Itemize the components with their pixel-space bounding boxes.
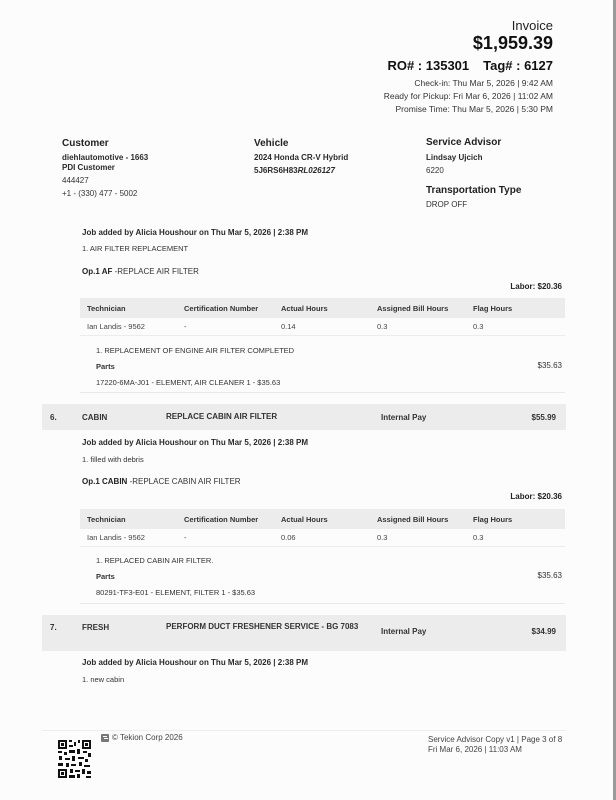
job-header-7: 7. FRESH PERFORM DUCT FRESHENER SERVICE … [42, 615, 566, 651]
vin-suffix: RL026127 [298, 166, 335, 175]
job-pay-type: Internal Pay [381, 413, 426, 422]
footer-divider [42, 730, 566, 731]
transportation-value: DROP OFF [426, 200, 467, 209]
parts-total: $35.63 [538, 571, 562, 580]
customer-name: diehlautomotive - 1663 [62, 153, 148, 162]
job-added-info: Job added by Alicia Houshour on Thu Mar … [82, 658, 308, 667]
job-description: REPLACE CABIN AIR FILTER [166, 411, 366, 423]
job-code: FRESH [82, 623, 109, 632]
job-code: CABIN [82, 413, 107, 422]
col-actual-hours: Actual Hours [281, 304, 377, 313]
labor-amount: Labor: $20.36 [510, 492, 562, 501]
divider [80, 603, 565, 604]
job-description: PERFORM DUCT FRESHENER SERVICE - BG 7083 [166, 621, 366, 633]
correction-note: 1. REPLACED CABIN AIR FILTER. [96, 556, 213, 565]
invoice-label: Invoice [512, 18, 553, 33]
col-certification-number: Certification Number [184, 304, 281, 313]
vehicle-model: 2024 Honda CR-V Hybrid [254, 153, 348, 162]
job-added-info: Job added by Alicia Houshour on Thu Mar … [82, 228, 308, 237]
col-technician: Technician [80, 304, 184, 313]
check-in-time: Check-in: Thu Mar 5, 2026 | 9:42 AM [414, 78, 553, 88]
parts-label: Parts [96, 572, 115, 581]
cell-bill-hours: 0.3 [377, 533, 473, 542]
job-number: 6. [50, 413, 57, 422]
cell-actual-hours: 0.14 [281, 322, 377, 331]
invoice-total: $1,959.39 [473, 33, 553, 54]
customer-id: 444427 [62, 176, 89, 185]
col-certification-number: Certification Number [184, 515, 281, 524]
technician-table: Technician Certification Number Actual H… [80, 509, 565, 547]
op-code: Op.1 AF [82, 267, 112, 276]
col-assigned-bill-hours: Assigned Bill Hours [377, 515, 473, 524]
vehicle-vin: 5J6RS6H83RL026127 [254, 166, 335, 175]
parts-label: Parts [96, 362, 115, 371]
ro-number: RO# : 135301 [387, 58, 469, 73]
part-line-item: 80291-TF3-E01 - ELEMENT, FILTER 1 - $35.… [96, 588, 255, 597]
technician-table: Technician Certification Number Actual H… [80, 298, 565, 336]
cell-bill-hours: 0.3 [377, 322, 473, 331]
col-assigned-bill-hours: Assigned Bill Hours [377, 304, 473, 313]
job-concern: 1. filled with debris [82, 455, 144, 464]
correction-note: 1. REPLACEMENT OF ENGINE AIR FILTER COMP… [96, 346, 294, 355]
job-amount: $34.99 [532, 627, 556, 636]
divider [80, 392, 565, 393]
transportation-title: Transportation Type [426, 185, 521, 196]
invoice-page: Invoice $1,959.39 RO# : 135301Tag# : 612… [0, 0, 616, 800]
tekion-logo-icon [101, 734, 109, 742]
printed-timestamp: Fri Mar 6, 2026 | 11:03 AM [428, 745, 522, 754]
copyright-line: © Tekion Corp 2026 [101, 733, 183, 742]
job-number: 7. [50, 623, 57, 632]
job-pay-type: Internal Pay [381, 627, 426, 636]
technician-table-header: Technician Certification Number Actual H… [80, 298, 565, 318]
technician-table-header: Technician Certification Number Actual H… [80, 509, 565, 529]
op-description: -REPLACE CABIN AIR FILTER [127, 477, 240, 486]
cell-actual-hours: 0.06 [281, 533, 377, 542]
qr-code-icon [57, 739, 92, 779]
operation-line: Op.1 AF -REPLACE AIR FILTER [82, 267, 199, 276]
service-advisor-name: Lindsay Ujcich [426, 153, 482, 162]
copy-page-info: Service Advisor Copy v1 | Page 3 of 8 [428, 735, 562, 744]
part-line-item: 17220-6MA-J01 - ELEMENT, AIR CLEANER 1 -… [96, 378, 280, 387]
op-code: Op.1 CABIN [82, 477, 127, 486]
cell-technician: Ian Landis - 9562 [80, 533, 184, 542]
col-technician: Technician [80, 515, 184, 524]
ro-tag-line: RO# : 135301Tag# : 6127 [387, 58, 553, 73]
col-flag-hours: Flag Hours [473, 304, 553, 313]
cell-certification: - [184, 322, 281, 331]
job-amount: $55.99 [532, 413, 556, 422]
job-added-info: Job added by Alicia Houshour on Thu Mar … [82, 438, 308, 447]
op-description: -REPLACE AIR FILTER [112, 267, 199, 276]
job-concern: 1. new cabin [82, 675, 124, 684]
tag-number: Tag# : 6127 [483, 58, 553, 73]
service-advisor-id: 6220 [426, 166, 444, 175]
job-concern: 1. AIR FILTER REPLACEMENT [82, 244, 188, 253]
customer-phone: +1 - (330) 477 - 5002 [62, 189, 137, 198]
labor-amount: Labor: $20.36 [510, 282, 562, 291]
service-advisor-title: Service Advisor [426, 137, 501, 148]
vehicle-title: Vehicle [254, 138, 288, 149]
copyright-text: © Tekion Corp 2026 [112, 733, 183, 742]
ready-for-pickup-time: Ready for Pickup: Fri Mar 6, 2026 | 11:0… [384, 91, 553, 101]
promise-time: Promise Time: Thu Mar 5, 2026 | 5:30 PM [396, 104, 553, 114]
vin-prefix: 5J6RS6H83 [254, 166, 298, 175]
job-header-6: 6. CABIN REPLACE CABIN AIR FILTER Intern… [42, 404, 566, 430]
table-row: Ian Landis - 9562 - 0.14 0.3 0.3 [80, 318, 565, 336]
cell-flag-hours: 0.3 [473, 322, 553, 331]
customer-title: Customer [62, 138, 109, 149]
cell-flag-hours: 0.3 [473, 533, 553, 542]
parts-total: $35.63 [538, 361, 562, 370]
col-flag-hours: Flag Hours [473, 515, 553, 524]
col-actual-hours: Actual Hours [281, 515, 377, 524]
cell-certification: - [184, 533, 281, 542]
operation-line: Op.1 CABIN -REPLACE CABIN AIR FILTER [82, 477, 241, 486]
table-row: Ian Landis - 9562 - 0.06 0.3 0.3 [80, 529, 565, 547]
customer-type: PDI Customer [62, 163, 115, 172]
cell-technician: Ian Landis - 9562 [80, 322, 184, 331]
